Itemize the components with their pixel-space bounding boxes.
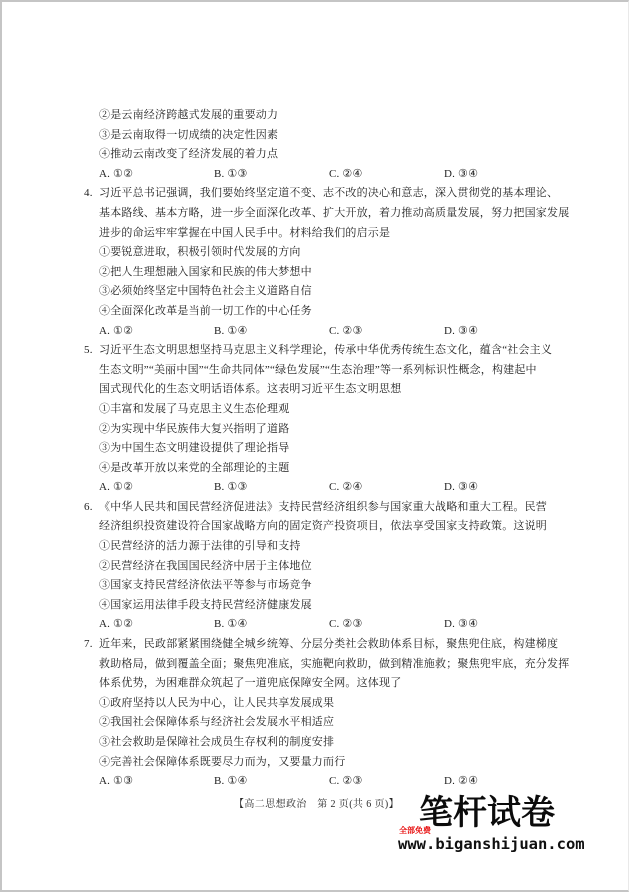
option-d: D. ③④	[444, 165, 478, 185]
option-c: C. ②③	[329, 615, 363, 635]
question-number: 4.	[84, 184, 99, 204]
question-item: ①政府坚持以人民为中心，让人民共享发展成果	[84, 694, 576, 714]
option-c: C. ②③	[329, 772, 363, 792]
question-item: ④完善社会保障体系既要尽力而为，又要量力而行	[84, 753, 576, 773]
stem-text: 近年来，民政部紧紧围绕健全城乡统筹、分层分类社会救助体系目标，聚焦兜住底，构建梯…	[99, 638, 558, 650]
option-d: D. ③④	[444, 322, 478, 342]
question-item: ①丰富和发展了马克思主义生态伦理观	[84, 400, 576, 420]
question-item: ④国家运用法律手段支持民营经济健康发展	[84, 596, 576, 616]
question-item: ②为实现中华民族伟大复兴指明了道路	[84, 420, 576, 440]
question-item: ②民营经济在我国国民经济中居于主体地位	[84, 557, 576, 577]
question-block-4: 4.习近平总书记强调，我们要始终坚定道不变、志不改的决心和意志，深入贯彻党的基本…	[84, 184, 576, 341]
question-stem-line: 7.近年来，民政部紧紧围绕健全城乡统筹、分层分类社会救助体系目标，聚焦兜住底，构…	[84, 635, 576, 655]
option-a: A. ①②	[99, 615, 133, 635]
options-row: A. ①② B. ①④ C. ②③ D. ③④	[84, 322, 576, 342]
question-stem-line: 体系优势，为困难群众筑起了一道兜底保障安全网。这体现了	[84, 674, 576, 694]
option-a: A. ①②	[99, 322, 133, 342]
option-d: D. ③④	[444, 478, 478, 498]
question-block-3: ②是云南经济跨越式发展的重要动力 ③是云南取得一切成绩的决定性因素 ④推动云南改…	[84, 106, 576, 184]
question-block-6: 6.《中华人民共和国民营经济促进法》支持民营经济组织参与国家重大战略和重大工程。…	[84, 498, 576, 635]
option-a: A. ①②	[99, 478, 133, 498]
question-stem-line: 5.习近平生态文明思想坚持马克思主义科学理论，传承中华优秀传统生态文化，蕴含“社…	[84, 341, 576, 361]
question-item: ③是云南取得一切成绩的决定性因素	[84, 126, 576, 146]
question-item: ②我国社会保障体系与经济社会发展水平相适应	[84, 713, 576, 733]
option-d: D. ②④	[444, 772, 478, 792]
option-b: B. ①④	[214, 322, 248, 342]
stem-text: 《中华人民共和国民营经济促进法》支持民营经济组织参与国家重大战略和重大工程。民营	[99, 501, 547, 513]
question-number: 5.	[84, 341, 99, 361]
question-stem-line: 4.习近平总书记强调，我们要始终坚定道不变、志不改的决心和意志，深入贯彻党的基本…	[84, 184, 576, 204]
watermark-free-badge: 全部免费	[399, 826, 431, 835]
question-item: ④全面深化改革是当前一切工作的中心任务	[84, 302, 576, 322]
option-a: A. ①②	[99, 165, 133, 185]
question-item: ④是改革开放以来党的全部理论的主题	[84, 459, 576, 479]
stem-text: 习近平生态文明思想坚持马克思主义科学理论，传承中华优秀传统生态文化，蕴含“社会主…	[99, 344, 552, 356]
page-footer: 【高二思想政治 第 2 页(共 6 页)】	[234, 798, 399, 812]
question-block-5: 5.习近平生态文明思想坚持马克思主义科学理论，传承中华优秀传统生态文化，蕴含“社…	[84, 341, 576, 498]
question-stem-line: 国式现代化的生态文明话语体系。这表明习近平生态文明思想	[84, 380, 576, 400]
stem-text: 习近平总书记强调，我们要始终坚定道不变、志不改的决心和意志，深入贯彻党的基本理论…	[99, 187, 558, 199]
question-item: ④推动云南改变了经济发展的着力点	[84, 145, 576, 165]
question-item: ③为中国生态文明建设提供了理论指导	[84, 439, 576, 459]
exam-body: ②是云南经济跨越式发展的重要动力 ③是云南取得一切成绩的决定性因素 ④推动云南改…	[84, 106, 576, 792]
question-item: ③社会救助是保障社会成员生存权利的制度安排	[84, 733, 576, 753]
watermark-url: www.biganshijuan.com	[398, 835, 585, 854]
question-stem-line: 基本路线、基本方略，进一步全面深化改革、扩大开放，着力推动高质量发展，努力把国家…	[84, 204, 576, 224]
exam-page: ②是云南经济跨越式发展的重要动力 ③是云南取得一切成绩的决定性因素 ④推动云南改…	[0, 0, 629, 892]
option-b: B. ①④	[214, 772, 248, 792]
question-item: ②把人生理想融入国家和民族的伟大梦想中	[84, 263, 576, 283]
options-row: A. ①② B. ①③ C. ②④ D. ③④	[84, 478, 576, 498]
question-stem-line: 救助格局，做到覆盖全面；聚焦兜准底，实施靶向救助，做到精准施救；聚焦兜牢底，充分…	[84, 655, 576, 675]
question-item: ②是云南经济跨越式发展的重要动力	[84, 106, 576, 126]
option-b: B. ①④	[214, 615, 248, 635]
question-number: 7.	[84, 635, 99, 655]
options-row: A. ①② B. ①④ C. ②③ D. ③④	[84, 615, 576, 635]
option-c: C. ②③	[329, 322, 363, 342]
options-row: A. ①③ B. ①④ C. ②③ D. ②④	[84, 772, 576, 792]
question-stem-line: 进步的命运牢牢掌握在中国人民手中。材料给我们的启示是	[84, 224, 576, 244]
question-block-7: 7.近年来，民政部紧紧围绕健全城乡统筹、分层分类社会救助体系目标，聚焦兜住底，构…	[84, 635, 576, 792]
question-item: ①要锐意进取，积极引领时代发展的方向	[84, 243, 576, 263]
question-stem-line: 生态文明”“美丽中国”“生命共同体”“绿色发展”“生态治理”等一系列标识性概念，…	[84, 361, 576, 381]
question-stem-line: 经济组织投资建设符合国家战略方向的固定资产投资项目，依法享受国家支持政策。这说明	[84, 517, 576, 537]
option-c: C. ②④	[329, 478, 363, 498]
question-item: ③国家支持民营经济依法平等参与市场竞争	[84, 576, 576, 596]
options-row: A. ①② B. ①③ C. ②④ D. ③④	[84, 165, 576, 185]
option-b: B. ①③	[214, 478, 248, 498]
question-number: 6.	[84, 498, 99, 518]
watermark-brand: 笔杆试卷	[419, 794, 555, 832]
option-b: B. ①③	[214, 165, 248, 185]
question-item: ③必须始终坚定中国特色社会主义道路自信	[84, 282, 576, 302]
option-d: D. ③④	[444, 615, 478, 635]
question-stem-line: 6.《中华人民共和国民营经济促进法》支持民营经济组织参与国家重大战略和重大工程。…	[84, 498, 576, 518]
option-c: C. ②④	[329, 165, 363, 185]
option-a: A. ①③	[99, 772, 133, 792]
question-item: ①民营经济的活力源于法律的引导和支持	[84, 537, 576, 557]
